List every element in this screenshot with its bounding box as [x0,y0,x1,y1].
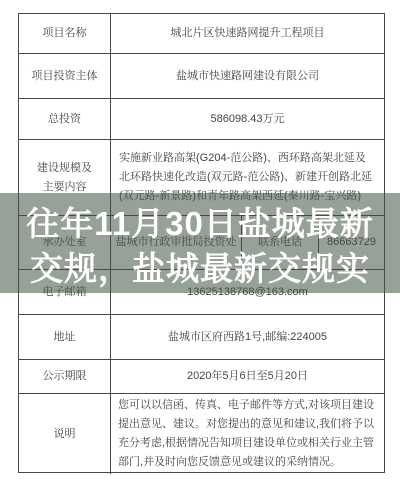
address-label: 地址 [19,315,111,359]
project-name-value: 城北片区快速路网提升工程项目 [111,14,384,53]
table-row-project-name: 项目名称 城北片区快速路网提升工程项目 [19,14,384,53]
total-investment-label: 总投资 [19,99,111,139]
note-value: 您可以以信函、传真、电子邮件等方式,对该项目建设提出意见、建议。对您提出的意见和… [111,394,384,474]
watermark-title-banner: 往年11月30日盐城最新 交规，盐城最新交规实 [0,193,400,293]
table-row-address: 地址 盐城市区府西路1号,邮编:224005 [19,314,384,359]
note-label: 说明 [19,394,111,474]
publicity-period-label: 公示期限 [19,360,111,393]
banner-title-line1: 往年11月30日盐城最新 [26,201,374,246]
table-row-publicity-period: 公示期限 2020年5月6日至5月20日 [19,359,384,393]
publicity-period-value: 2020年5月6日至5月20日 [111,360,384,393]
project-name-label: 项目名称 [19,14,111,53]
investor-value: 盐城市快速路网建设有限公司 [111,54,384,98]
banner-title-line2: 交规，盐城最新交规实 [30,246,370,291]
total-investment-value: 586098.43万元 [111,99,384,139]
table-row-total-investment: 总投资 586098.43万元 [19,98,384,139]
investor-label: 项目投资主体 [19,54,111,98]
table-row-note: 说明 您可以以信函、传真、电子邮件等方式,对该项目建设提出意见、建议。对您提出的… [19,393,384,474]
table-row-investor: 项目投资主体 盐城市快速路网建设有限公司 [19,53,384,98]
address-value: 盐城市区府西路1号,邮编:224005 [111,315,384,359]
